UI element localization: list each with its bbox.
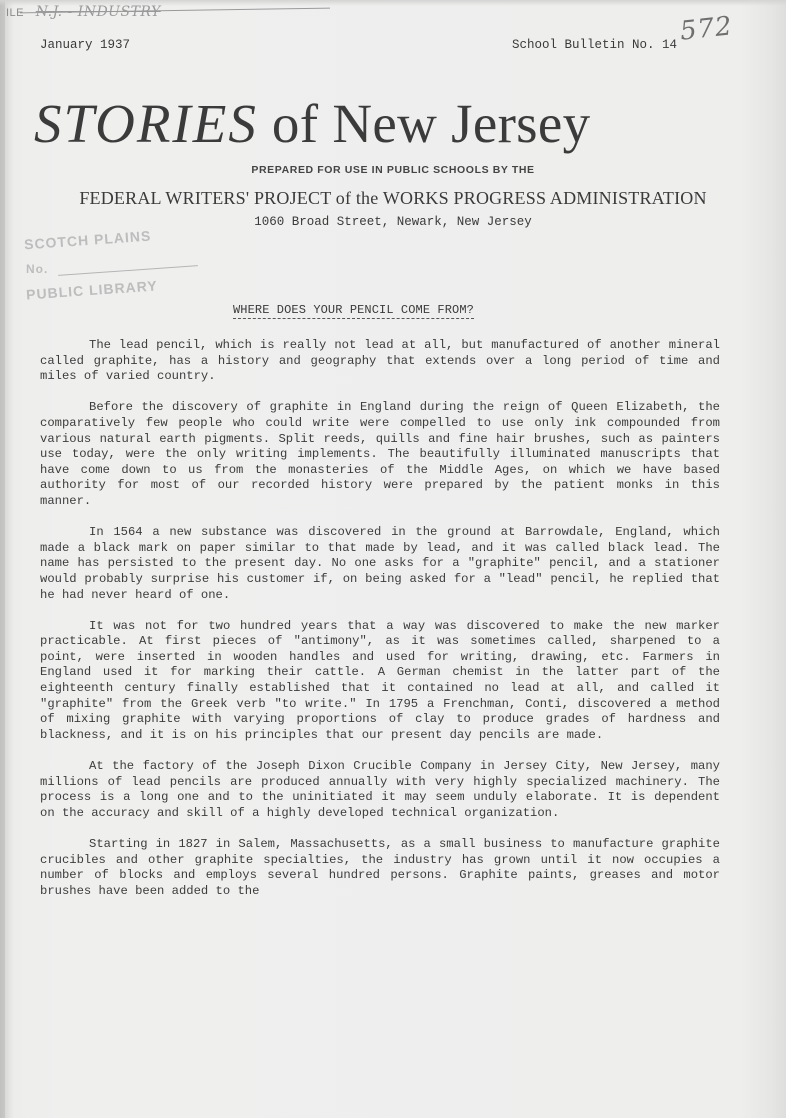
paragraph: In 1564 a new substance was discovered i… xyxy=(40,525,720,603)
article-body: The lead pencil, which is really not lea… xyxy=(40,338,720,915)
paragraph: Starting in 1827 in Salem, Massachusetts… xyxy=(40,837,720,899)
address-line: 1060 Broad Street, Newark, New Jersey xyxy=(0,215,786,229)
file-note-prefix: ILE xyxy=(6,7,24,19)
article-heading: WHERE DOES YOUR PENCIL COME FROM? xyxy=(233,303,474,319)
stamp-line-scotch-plains: SCOTCH PLAINS xyxy=(24,228,152,253)
file-annotation: ILE N.J. - INDUSTRY xyxy=(6,4,161,20)
masthead-title-rest: of New Jersey xyxy=(272,93,591,154)
paragraph: The lead pencil, which is really not lea… xyxy=(40,338,720,385)
paragraph: Before the discovery of graphite in Engl… xyxy=(40,400,720,509)
masthead-title-italic: STORIES xyxy=(34,93,258,154)
issue-date: January 1937 xyxy=(40,38,130,52)
bulletin-number: School Bulletin No. 14 xyxy=(512,38,677,52)
federal-writers-project-line: FEDERAL WRITERS' PROJECT of the WORKS PR… xyxy=(0,188,786,209)
stamp-number-rule xyxy=(58,265,198,276)
masthead-title: STORIES of New Jersey xyxy=(34,92,590,155)
paragraph: At the factory of the Joseph Dixon Cruci… xyxy=(40,759,720,821)
prepared-for-line: PREPARED FOR USE IN PUBLIC SCHOOLS BY TH… xyxy=(0,164,786,176)
stamp-line-public-library: PUBLIC LIBRARY xyxy=(26,277,158,302)
file-note-handwritten: N.J. - INDUSTRY xyxy=(36,4,161,20)
stamp-line-number: No. xyxy=(26,262,48,276)
scanned-document-page: ILE N.J. - INDUSTRY January 1937 School … xyxy=(0,0,786,1118)
paragraph: It was not for two hundred years that a … xyxy=(40,619,720,744)
handwritten-page-number: 572 xyxy=(679,11,734,46)
